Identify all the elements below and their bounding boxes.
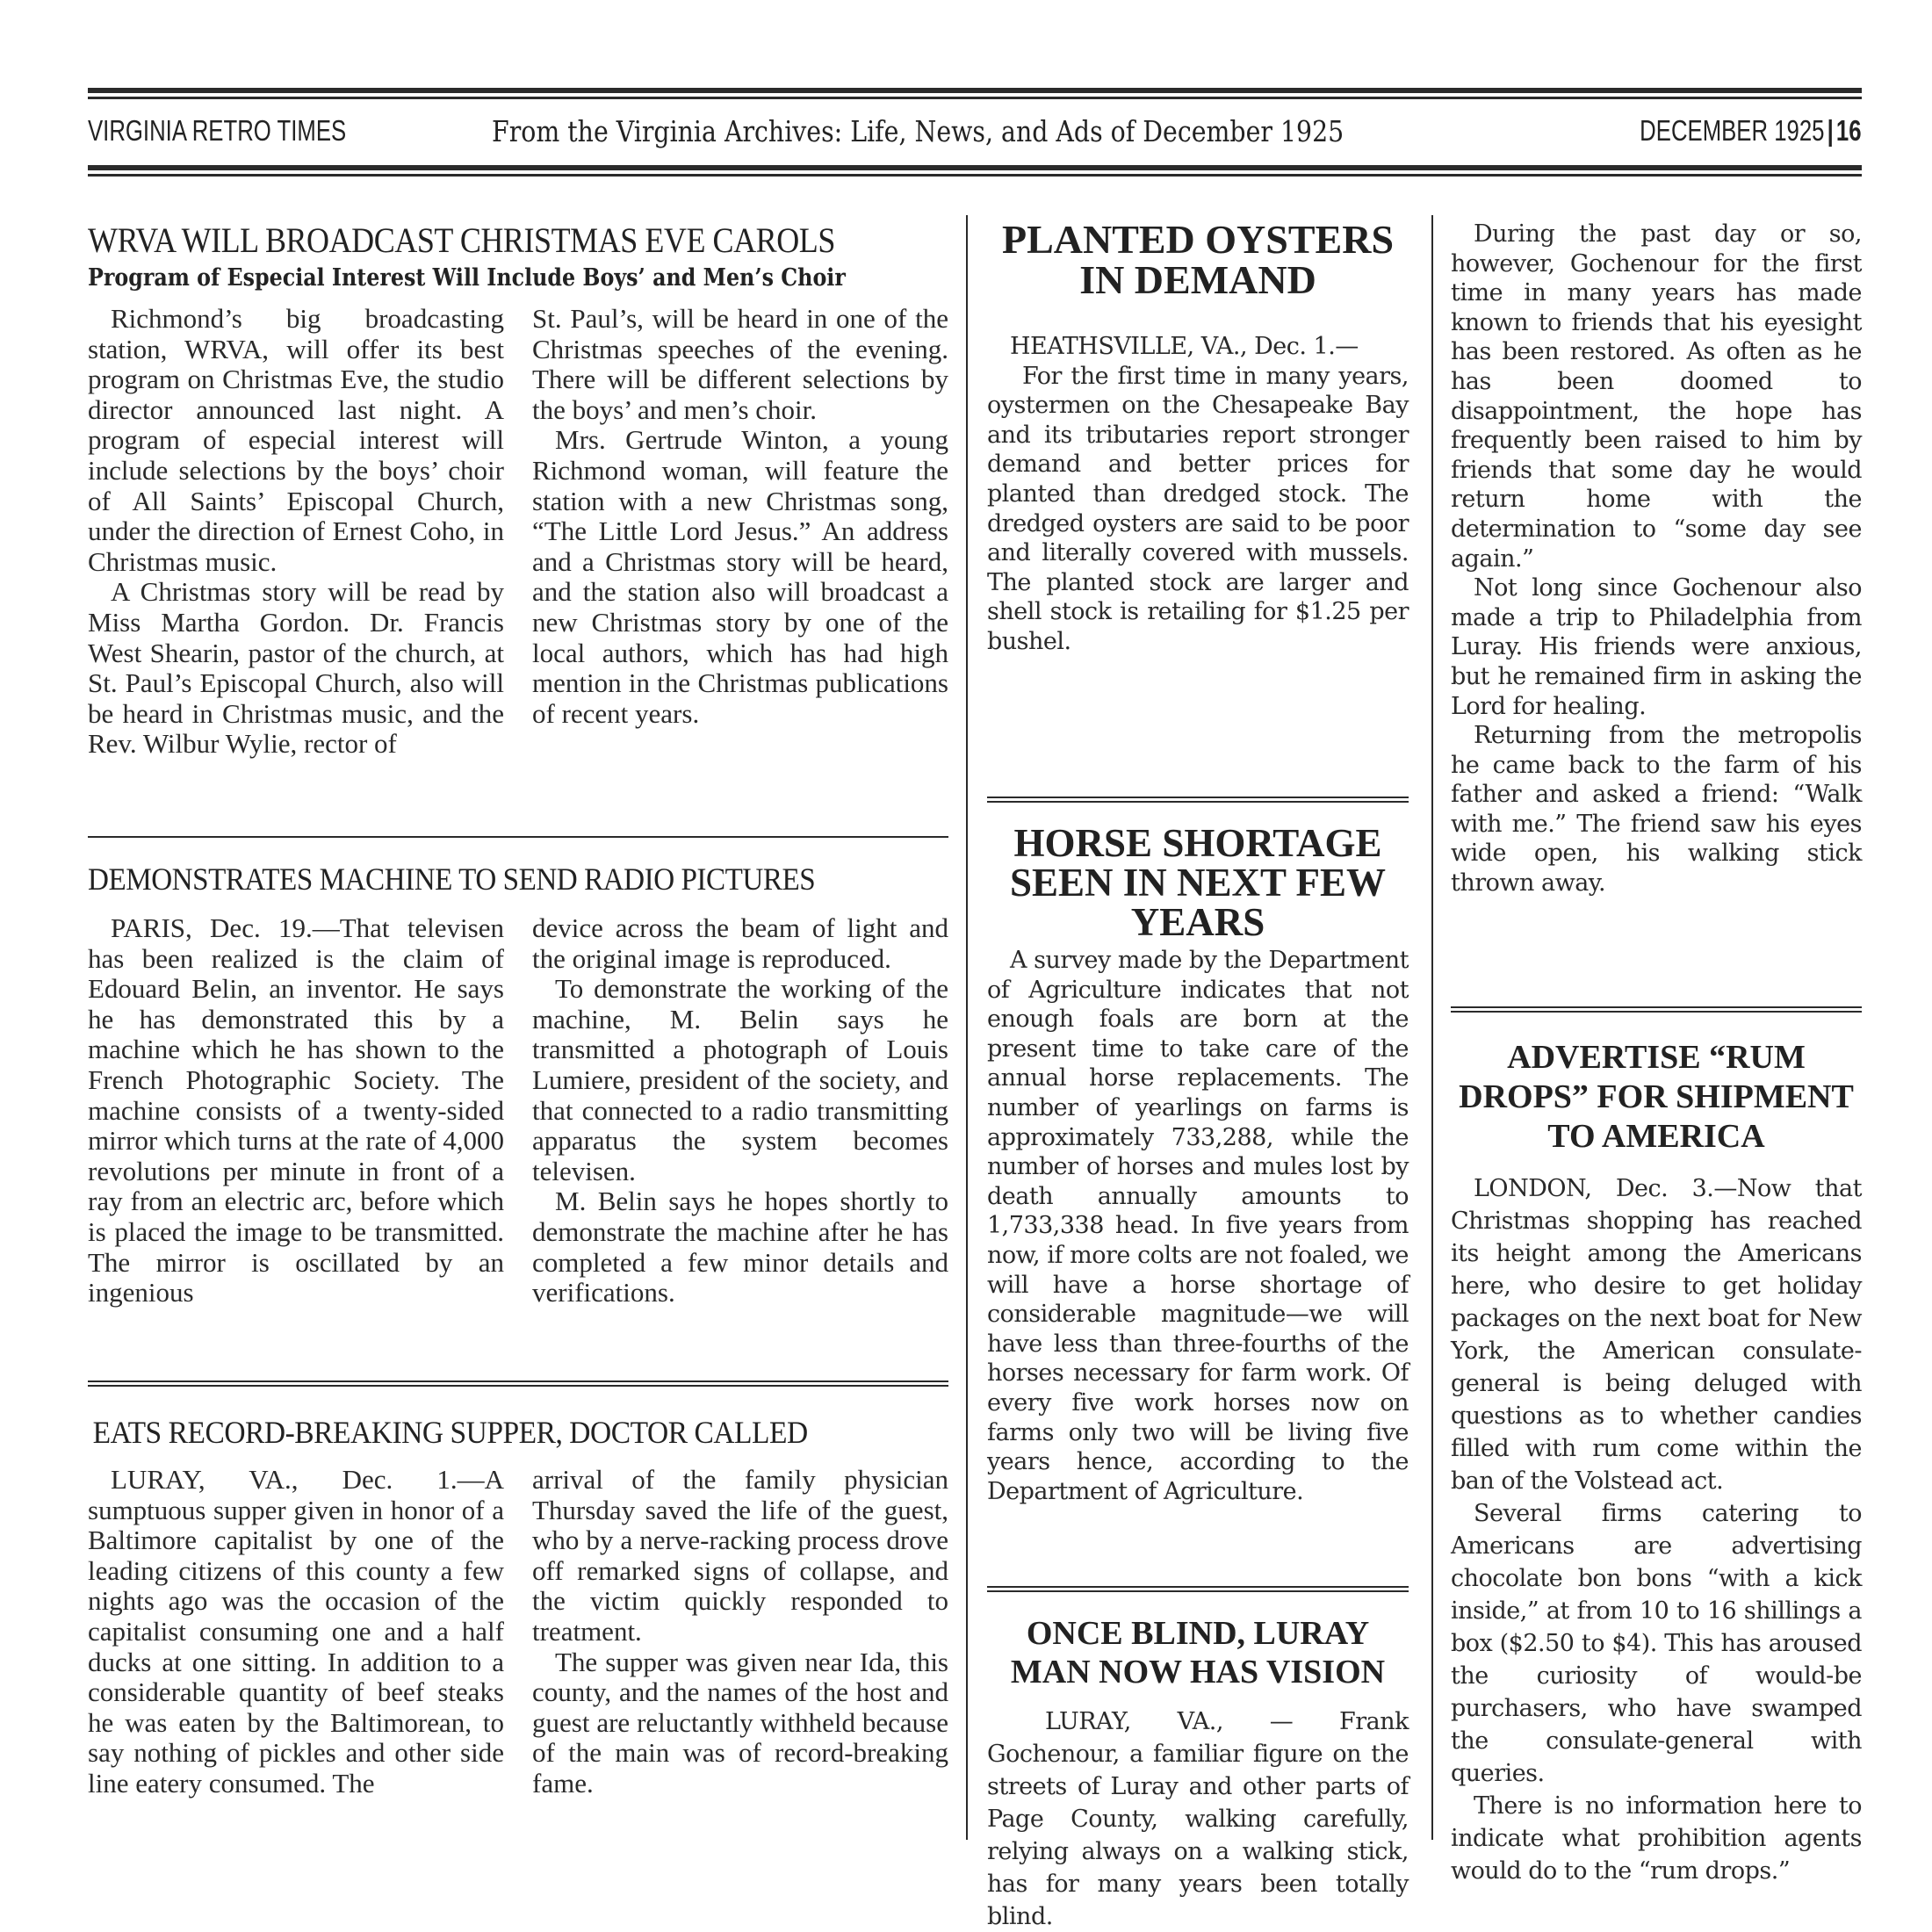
paragraph: M. Belin says he hopes shortly to demons… (532, 1186, 948, 1308)
paragraph: Returning from the metropolis he came ba… (1451, 721, 1862, 898)
headline: WRVA WILL BROADCAST CHRISTMAS EVE CAROLS (88, 220, 862, 261)
article-body: HEATHSVILLE, VA., Dec. 1.— For the first… (987, 332, 1409, 657)
subheadline: Program of Especial Interest Will Includ… (88, 264, 845, 292)
paragraph: To demonstrate the working of the machin… (532, 974, 948, 1186)
issue-date: DECEMBER 1925 (1640, 114, 1825, 147)
article-oysters: PLANTED OYSTERS IN DEMAND HEATHSVILLE, V… (987, 220, 1409, 657)
newspaper-page: VIRGINIA RETRO TIMES From the Virginia A… (88, 88, 1862, 1844)
article-body: LURAY, VA., — Frank Gochenour, a familia… (987, 1705, 1409, 1932)
headline-line: DROPS” FOR SHIPMENT (1451, 1078, 1862, 1117)
section-divider (987, 797, 1409, 803)
headline-line: MAN NOW HAS VISION (987, 1653, 1409, 1691)
page-number: 16 (1836, 114, 1862, 147)
headline-line: ONCE BLIND, LURAY (987, 1614, 1409, 1653)
paragraph: Mrs. Gertrude Winton, a young Richmond w… (532, 425, 948, 729)
publication-name: VIRGINIA RETRO TIMES (88, 114, 346, 148)
headline: ONCE BLIND, LURAY MAN NOW HAS VISION (987, 1614, 1409, 1691)
separator: | (1825, 114, 1836, 147)
article-wrva: WRVA WILL BROADCAST CHRISTMAS EVE CAROLS… (88, 220, 948, 760)
article-supper: EATS RECORD-BREAKING SUPPER, DOCTOR CALL… (88, 1414, 948, 1799)
article-once-blind-continued: During the past day or so, however, Goch… (1451, 220, 1862, 898)
headline: HORSE SHORTAGE SEEN IN NEXT FEW YEARS (987, 824, 1409, 942)
headline-line: ADVERTISE “RUM (1451, 1038, 1862, 1078)
section-divider (1451, 1006, 1862, 1013)
headline-line: HORSE SHORTAGE (987, 824, 1409, 863)
masthead-top-rule-thin (88, 97, 1862, 99)
article-radio-pictures: DEMONSTRATES MACHINE TO SEND RADIO PICTU… (88, 861, 948, 1308)
paragraph: Richmond’s big broadcasting station, WRV… (88, 304, 504, 577)
headline-line: TO AMERICA (1451, 1117, 1862, 1157)
paragraph: PARIS, Dec. 19.—That televisen has been … (88, 913, 504, 1308)
paragraph: A survey made by the Department of Agric… (987, 946, 1409, 1506)
article-column-2: St. Paul’s, will be heard in one of the … (532, 304, 948, 760)
headline: ADVERTISE “RUM DROPS” FOR SHIPMENT TO AM… (1451, 1038, 1862, 1157)
article-column-1: PARIS, Dec. 19.—That televisen has been … (88, 913, 504, 1308)
masthead-bottom-rule (88, 165, 1862, 170)
section-divider (88, 836, 948, 838)
paragraph: LURAY, VA., Dec. 1.—A sumptuous supper g… (88, 1465, 504, 1799)
paragraph: St. Paul’s, will be heard in one of the … (532, 304, 948, 425)
paragraph: Several firms catering to Americans are … (1451, 1497, 1862, 1790)
masthead-bottom-rule-thin (88, 174, 1862, 177)
paragraph: There is no information here to indicate… (1451, 1790, 1862, 1887)
article-body: A survey made by the Department of Agric… (987, 946, 1409, 1506)
column-rule-1 (966, 215, 968, 1840)
dateline: HEATHSVILLE, VA., Dec. 1.— (987, 332, 1409, 362)
headline-line: PLANTED OYSTERS (987, 220, 1409, 260)
paragraph: During the past day or so, however, Goch… (1451, 220, 1862, 573)
paragraph: Not long since Gochenour also made a tri… (1451, 573, 1862, 721)
column-rule-2a (1431, 215, 1433, 988)
paragraph: A Christmas story will be read by Miss M… (88, 577, 504, 760)
headline: PLANTED OYSTERS IN DEMAND (987, 220, 1409, 300)
article-body: LONDON, Dec. 3.—Now that Christmas shopp… (1451, 1172, 1862, 1887)
paragraph: LURAY, VA., — Frank Gochenour, a familia… (987, 1705, 1409, 1932)
section-divider (88, 1381, 948, 1387)
article-column-1: LURAY, VA., Dec. 1.—A sumptuous supper g… (88, 1465, 504, 1799)
masthead: VIRGINIA RETRO TIMES From the Virginia A… (88, 114, 1862, 167)
headline-line: IN DEMAND (987, 260, 1409, 300)
column-rule-2b (1431, 988, 1433, 1840)
article-rum-drops: ADVERTISE “RUM DROPS” FOR SHIPMENT TO AM… (1451, 1038, 1862, 1887)
article-body: During the past day or so, however, Goch… (1451, 220, 1862, 898)
article-column-2: arrival of the family physician Thursday… (532, 1465, 948, 1799)
masthead-tagline: From the Virginia Archives: Life, News, … (492, 114, 1344, 148)
article-column-2: device across the beam of light and the … (532, 913, 948, 1308)
issue-info: DECEMBER 1925|16 (1640, 114, 1862, 148)
headline-line: YEARS (987, 903, 1409, 942)
article-column-1: Richmond’s big broadcasting station, WRV… (88, 304, 504, 760)
article-horses: HORSE SHORTAGE SEEN IN NEXT FEW YEARS A … (987, 824, 1409, 1506)
article-once-blind: ONCE BLIND, LURAY MAN NOW HAS VISION LUR… (987, 1614, 1409, 1932)
paragraph: arrival of the family physician Thursday… (532, 1465, 948, 1647)
section-divider (987, 1586, 1409, 1592)
paragraph: LONDON, Dec. 3.—Now that Christmas shopp… (1451, 1172, 1862, 1497)
headline: DEMONSTRATES MACHINE TO SEND RADIO PICTU… (88, 861, 880, 898)
paragraph: The supper was given near Ida, this coun… (532, 1647, 948, 1799)
headline: EATS RECORD-BREAKING SUPPER, DOCTOR CALL… (88, 1414, 888, 1451)
masthead-top-rule (88, 88, 1862, 93)
paragraph: For the first time in many years, oyster… (987, 362, 1409, 657)
paragraph: device across the beam of light and the … (532, 913, 948, 974)
headline-line: SEEN IN NEXT FEW (987, 863, 1409, 903)
